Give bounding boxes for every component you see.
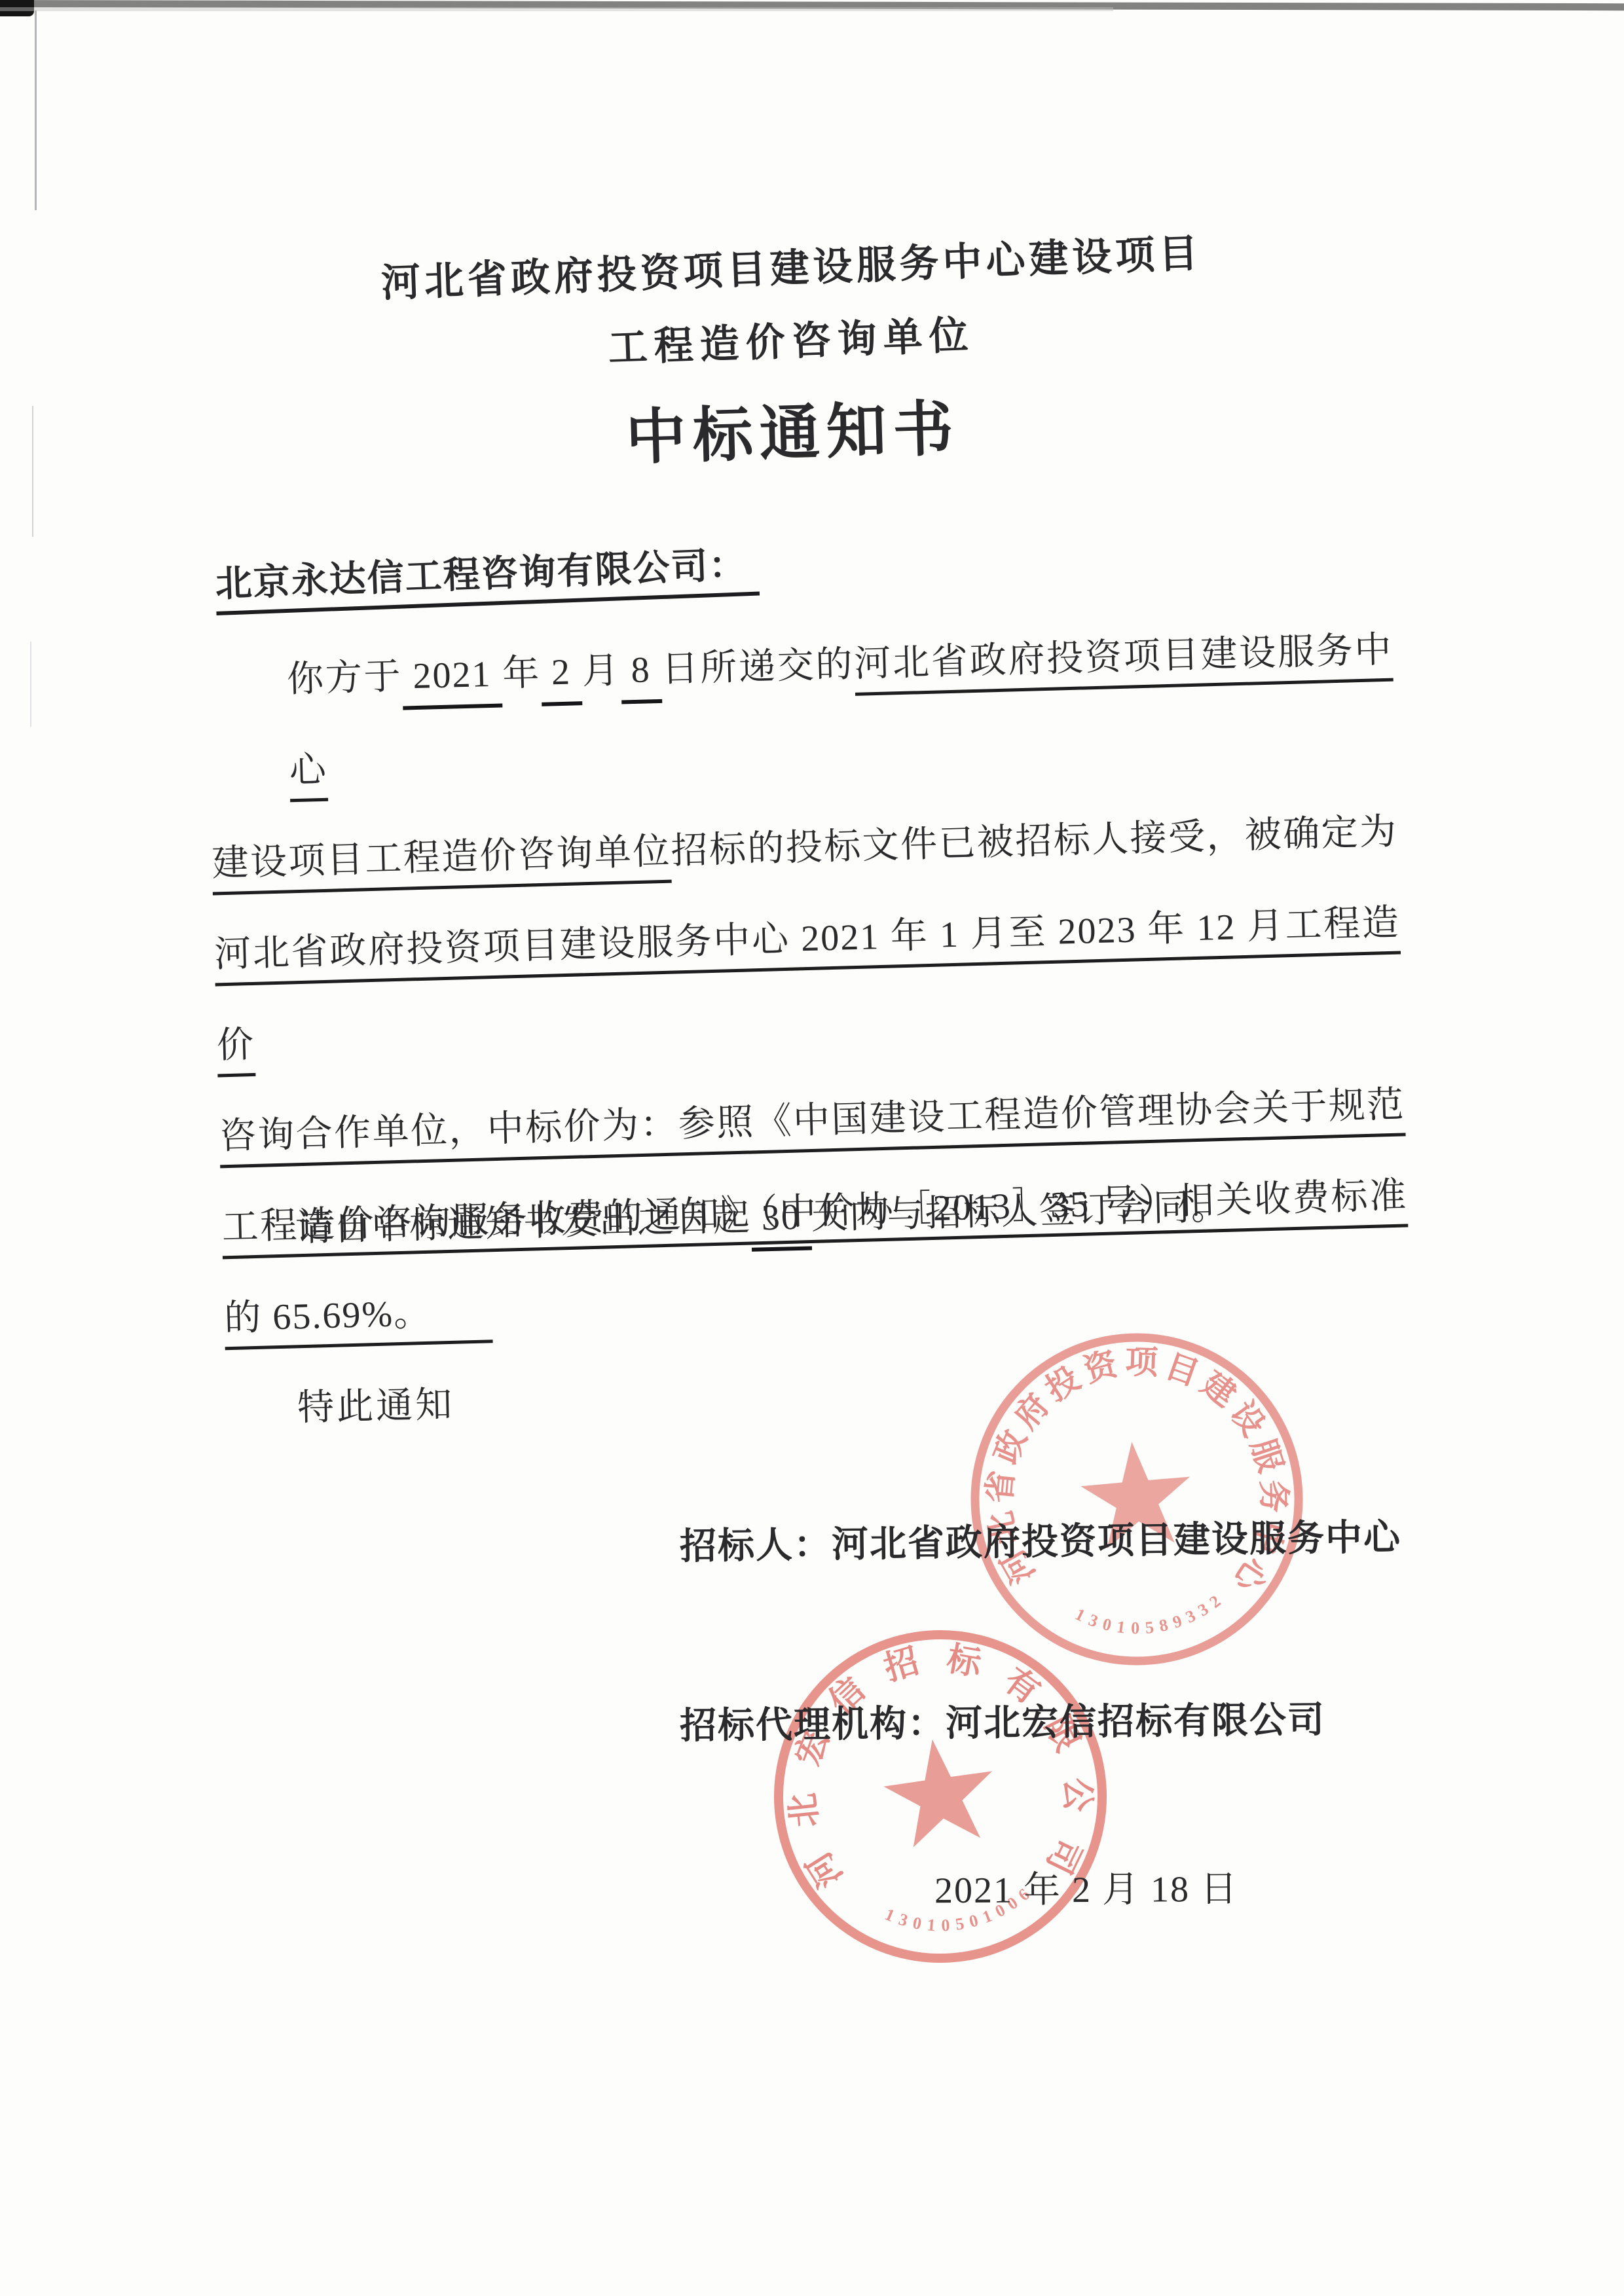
bidder-label: 招标人： — [680, 1525, 832, 1567]
fee-percentage: 的 65.69%。 — [224, 1291, 493, 1350]
body-line-3: 河北省政府投资项目建设服务中心 2021 年 1 月至 2023 年 12 月工… — [213, 878, 1404, 1092]
agency-signature-line: 招标代理机构：河北宏信招标有限公司 — [680, 1691, 1326, 1749]
scan-artifact-left-line — [35, 10, 37, 210]
bid-date-year: 2021 — [402, 653, 503, 710]
page-title-award-notice: 中标通知书 — [199, 369, 1387, 488]
addressee-line: 北京永达信工程咨询有限公司： — [214, 536, 759, 608]
addressee-company-name: 北京永达信工程咨询有限公司： — [215, 545, 760, 615]
scan-artifact-left-line — [32, 406, 33, 537]
closing-note: 特此通知 — [297, 1376, 455, 1431]
scan-artifact-left-line — [30, 642, 31, 727]
bidder-name: 河北省政府投资项目建设服务中心 — [832, 1518, 1402, 1565]
bid-date-day: 8 — [620, 649, 662, 704]
issue-date-line: 2021 年 2 月 18 日 — [934, 1860, 1238, 1914]
agency-label: 招标代理机构： — [680, 1704, 946, 1747]
scanned-document-page: 河北省政府投资项目建设服务中心 13010589332 河北宏信招标有限公司 1… — [0, 0, 1624, 2296]
agency-name: 河北宏信招标有限公司 — [946, 1700, 1326, 1745]
bid-date-month: 2 — [540, 651, 582, 706]
deadline-days: 30 — [750, 1197, 812, 1252]
award-scope-underlined: 河北省政府投资项目建设服务中心 2021 年 1 月至 2023 年 12 月工… — [214, 903, 1401, 1078]
body-line-1: 你方于2021年2月8日所递交的河北省政府投资项目建设服务中心 — [206, 605, 1396, 819]
body-paragraph: 你方于2021年2月8日所递交的河北省政府投资项目建设服务中心 建设项目工程造价… — [206, 605, 1411, 1365]
bidder-signature-line: 招标人：河北省政府投资项目建设服务中心 — [679, 1508, 1401, 1570]
document-content: 河北省政府投资项目建设服务中心建设项目 工程造价咨询单位 中标通知书 北京永达信… — [215, 0, 1401, 2296]
